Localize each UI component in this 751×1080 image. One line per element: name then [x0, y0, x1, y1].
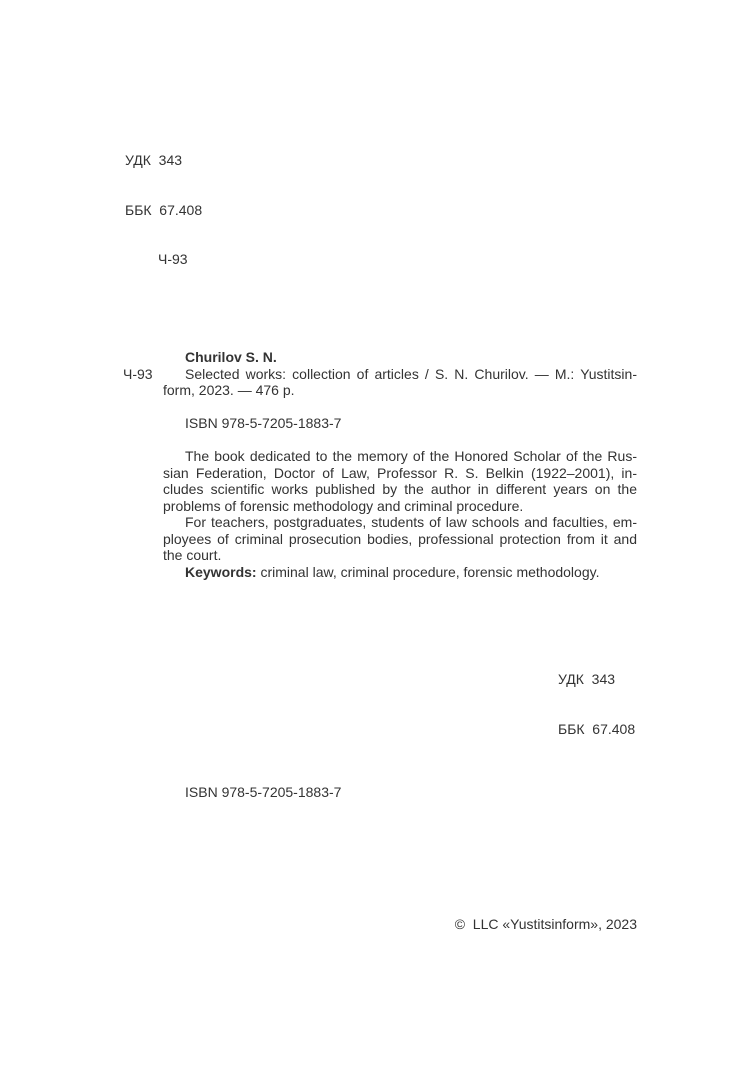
annotation-paragraph-2: For teachers, postgraduates, students of… — [163, 514, 637, 564]
keywords-line: Keywords: criminal law, criminal procedu… — [163, 564, 637, 581]
author-name: Churilov S. N. — [163, 349, 637, 366]
imprint-block: Churilov S. N. Ч-93 Selected works: coll… — [163, 349, 637, 580]
author-sign-code-top: Ч-93 — [158, 251, 202, 268]
bibliographic-description: Selected works: collection of articles /… — [163, 366, 637, 399]
isbn-number: ISBN 978-5-7205-1883-7 — [163, 415, 637, 432]
keywords-text: criminal law, criminal procedure, forens… — [257, 564, 600, 580]
author-sign-code-entry: Ч-93 — [123, 366, 153, 383]
annotation-paragraph-1: The book dedicated to the memory of the … — [163, 448, 637, 514]
catalog-codes-top: УДК 343 ББК 67.408 Ч-93 — [125, 119, 202, 301]
copyright-notice: © LLC «Yustitsinform», 2023 — [455, 916, 637, 933]
isbn-number-bottom: ISBN 978-5-7205-1883-7 — [185, 784, 341, 801]
bbk-code-bottom: ББК 67.408 — [558, 721, 635, 738]
bibliographic-entry: Ч-93 Selected works: collection of artic… — [163, 366, 637, 399]
book-imprint-page: УДК 343 ББК 67.408 Ч-93 Churilov S. N. Ч… — [0, 0, 751, 1080]
bbk-code-top: ББК 67.408 — [125, 202, 202, 219]
udk-code-bottom: УДК 343 — [558, 671, 635, 688]
keywords-label: Keywords: — [185, 564, 257, 580]
catalog-codes-bottom: УДК 343 ББК 67.408 — [558, 638, 635, 770]
udk-code-top: УДК 343 — [125, 152, 202, 169]
